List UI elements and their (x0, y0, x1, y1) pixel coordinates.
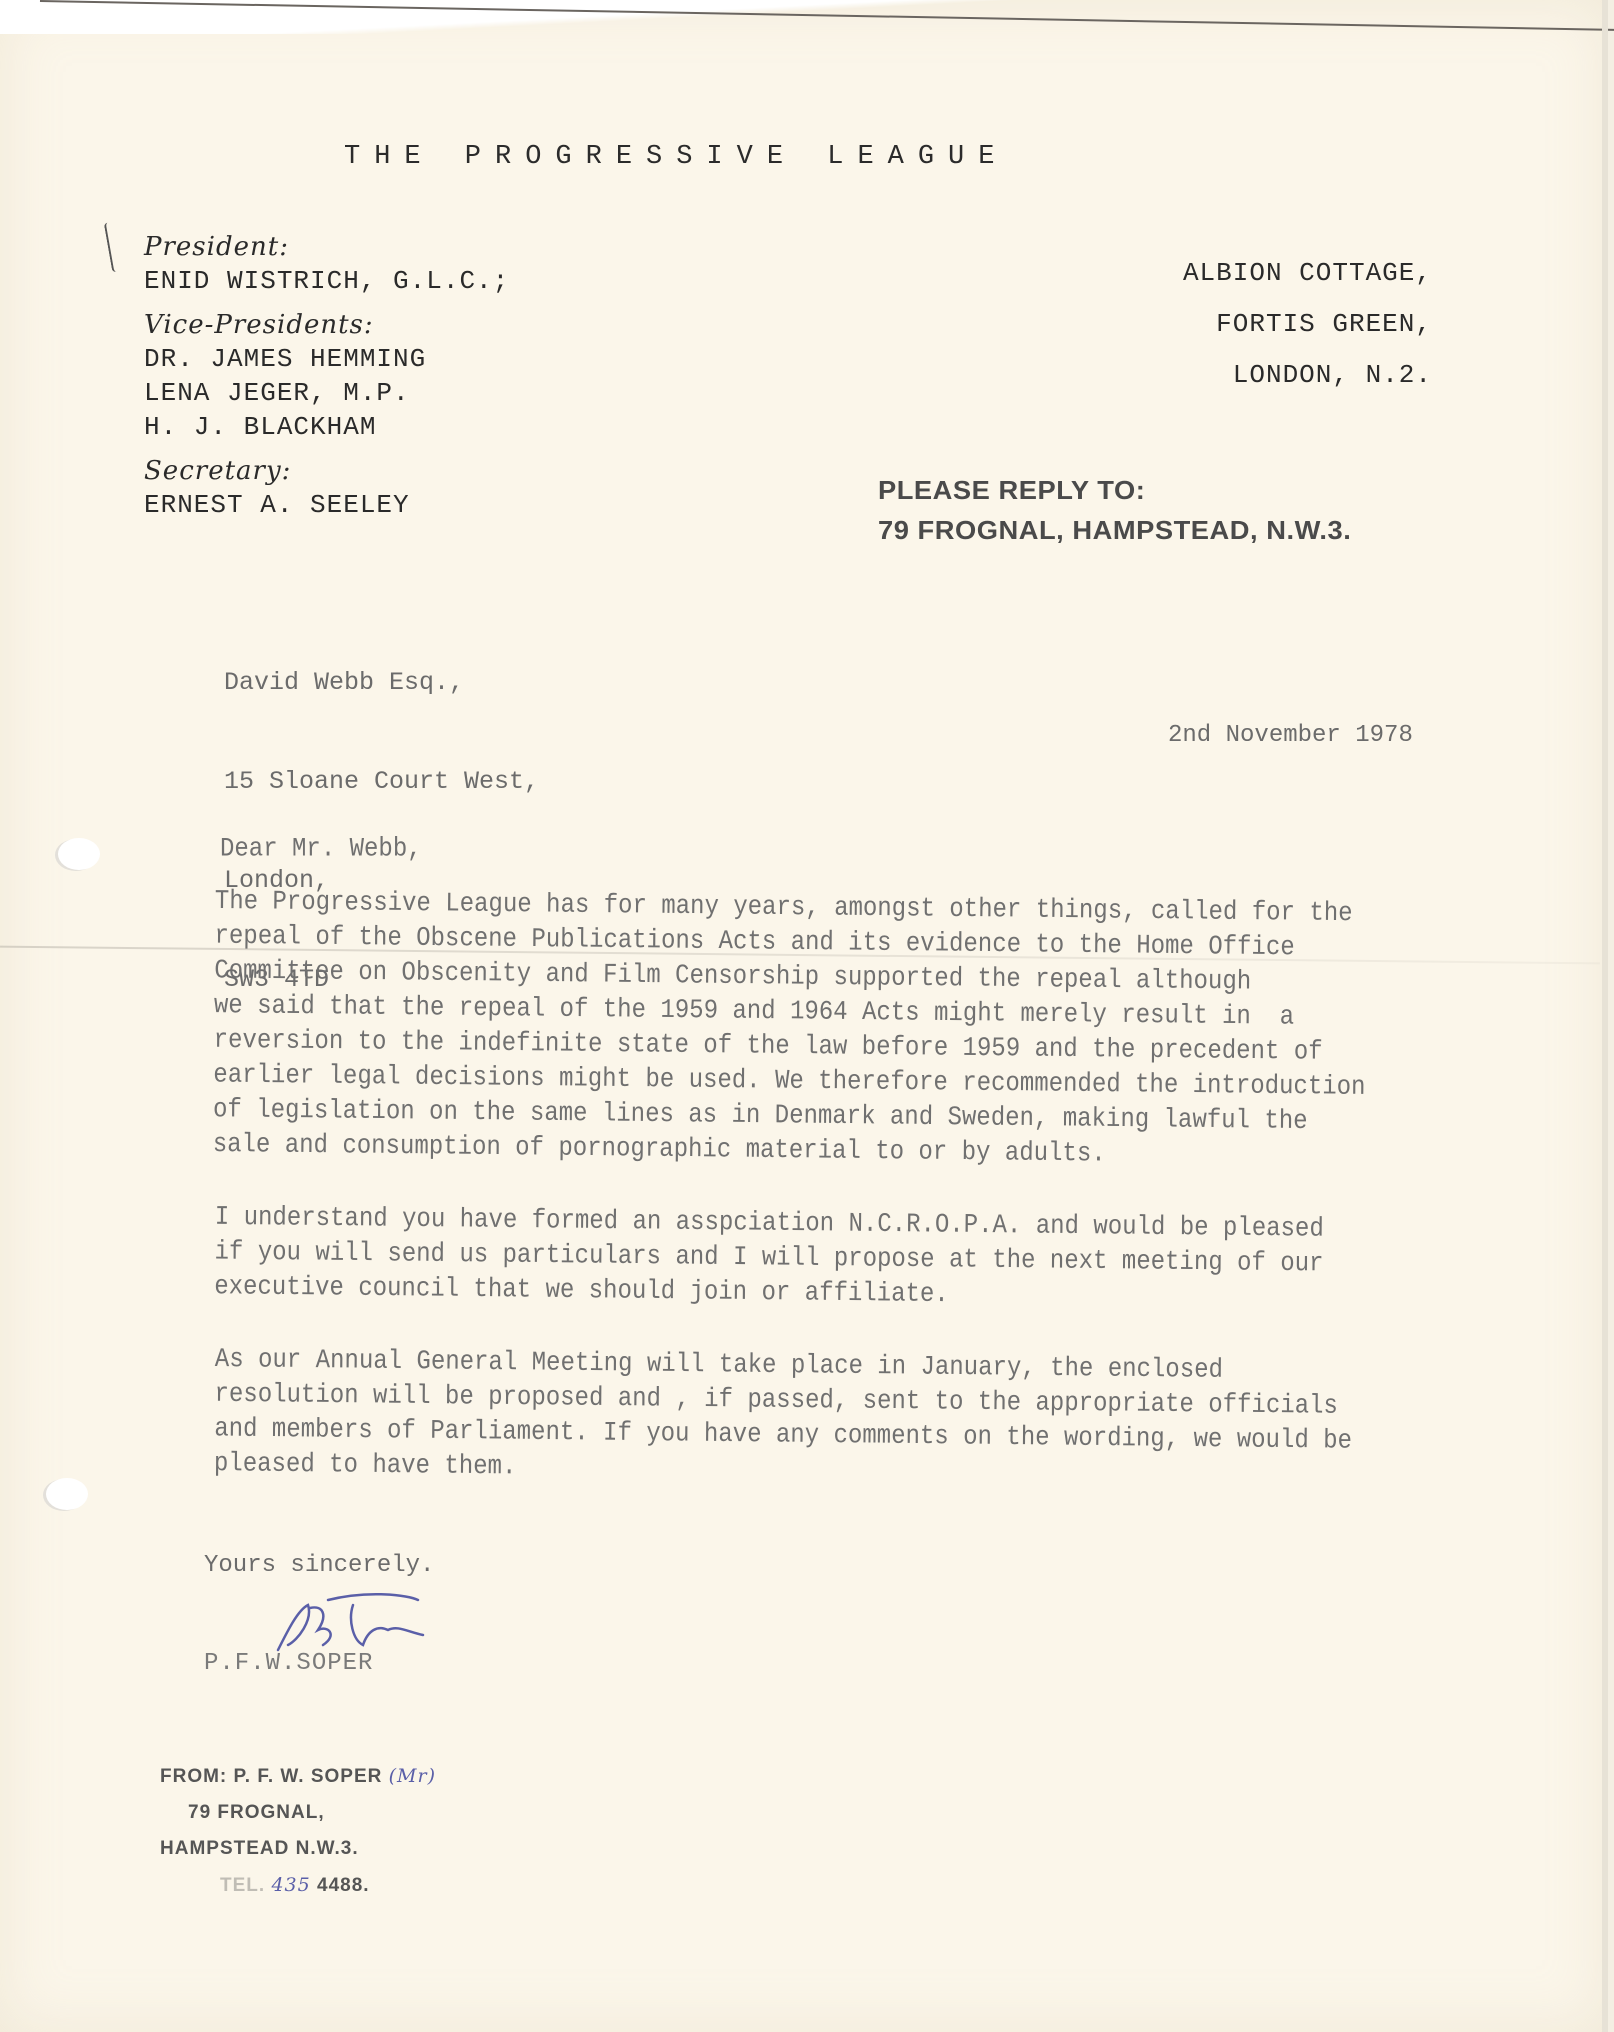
letter-date: 2nd November 1978 (1168, 722, 1413, 749)
punch-hole-icon (58, 838, 100, 870)
sender-address-stamp: FROM: P. F. W. SOPER (Mr) 79 FROGNAL, HA… (160, 1758, 436, 1904)
officer-role: President: (144, 230, 509, 264)
paper-right-edge (1602, 0, 1608, 2032)
handwritten-note: (Mr) (389, 1765, 436, 1787)
tel-label: TEL. (220, 1875, 265, 1896)
address-line: ALBION COTTAGE, (1183, 248, 1432, 299)
reply-label: PLEASE REPLY TO: (878, 470, 1351, 510)
officer-name: ERNEST A. SEELEY (144, 488, 509, 522)
paragraph: I understand you have formed an asspciat… (214, 1200, 1545, 1318)
officer-name: DR. JAMES HEMMING (144, 342, 509, 376)
salutation: Dear Mr. Webb, (220, 834, 1545, 864)
address-line: FORTIS GREEN, (1183, 299, 1432, 350)
reply-address: 79 FROGNAL, HAMPSTEAD, N.W.3. (878, 510, 1351, 550)
reply-to-stamp: PLEASE REPLY TO: 79 FROGNAL, HAMPSTEAD, … (878, 470, 1329, 550)
paragraph: The Progressive League has for many year… (213, 884, 1545, 1176)
officer-name: H. J. BLACKHAM (144, 410, 509, 444)
closing: Yours sincerely. (204, 1552, 434, 1579)
from-area: HAMPSTEAD N.W.3. (160, 1831, 436, 1867)
paragraph: As our Annual General Meeting will take … (214, 1342, 1545, 1495)
recipient-line: 15 Sloane Court West, (224, 765, 539, 798)
officers-list: President: ENID WISTRICH, G.L.C.; Vice-P… (144, 230, 509, 522)
recipient-line: David Webb Esq., (224, 666, 539, 699)
officer-name: ENID WISTRICH, G.L.C.; (144, 264, 509, 298)
address-line: LONDON, N.2. (1183, 350, 1432, 401)
letterhead-address: ALBION COTTAGE, FORTIS GREEN, LONDON, N.… (1183, 248, 1432, 401)
signatory-name: P.F.W.SOPER (204, 1650, 373, 1677)
officer-name: LENA JEGER, M.P. (144, 376, 509, 410)
handwritten-phone: 435 (271, 1874, 310, 1896)
staple-mark-icon (104, 222, 123, 273)
letter-body: Dear Mr. Webb, The Progressive League ha… (205, 834, 1545, 1519)
phone-suffix: 4488. (317, 1875, 370, 1896)
organisation-title: THE PROGRESSIVE LEAGUE (344, 142, 1008, 172)
from-street: 79 FROGNAL, (160, 1795, 436, 1831)
letter-paper: THE PROGRESSIVE LEAGUE President: ENID W… (0, 0, 1608, 2032)
from-line: FROM: P. F. W. SOPER (160, 1766, 382, 1787)
officer-role: Secretary: (144, 454, 509, 488)
punch-hole-icon (46, 1478, 88, 1510)
torn-top-edge (0, 0, 1614, 34)
officer-role: Vice-Presidents: (144, 308, 509, 342)
